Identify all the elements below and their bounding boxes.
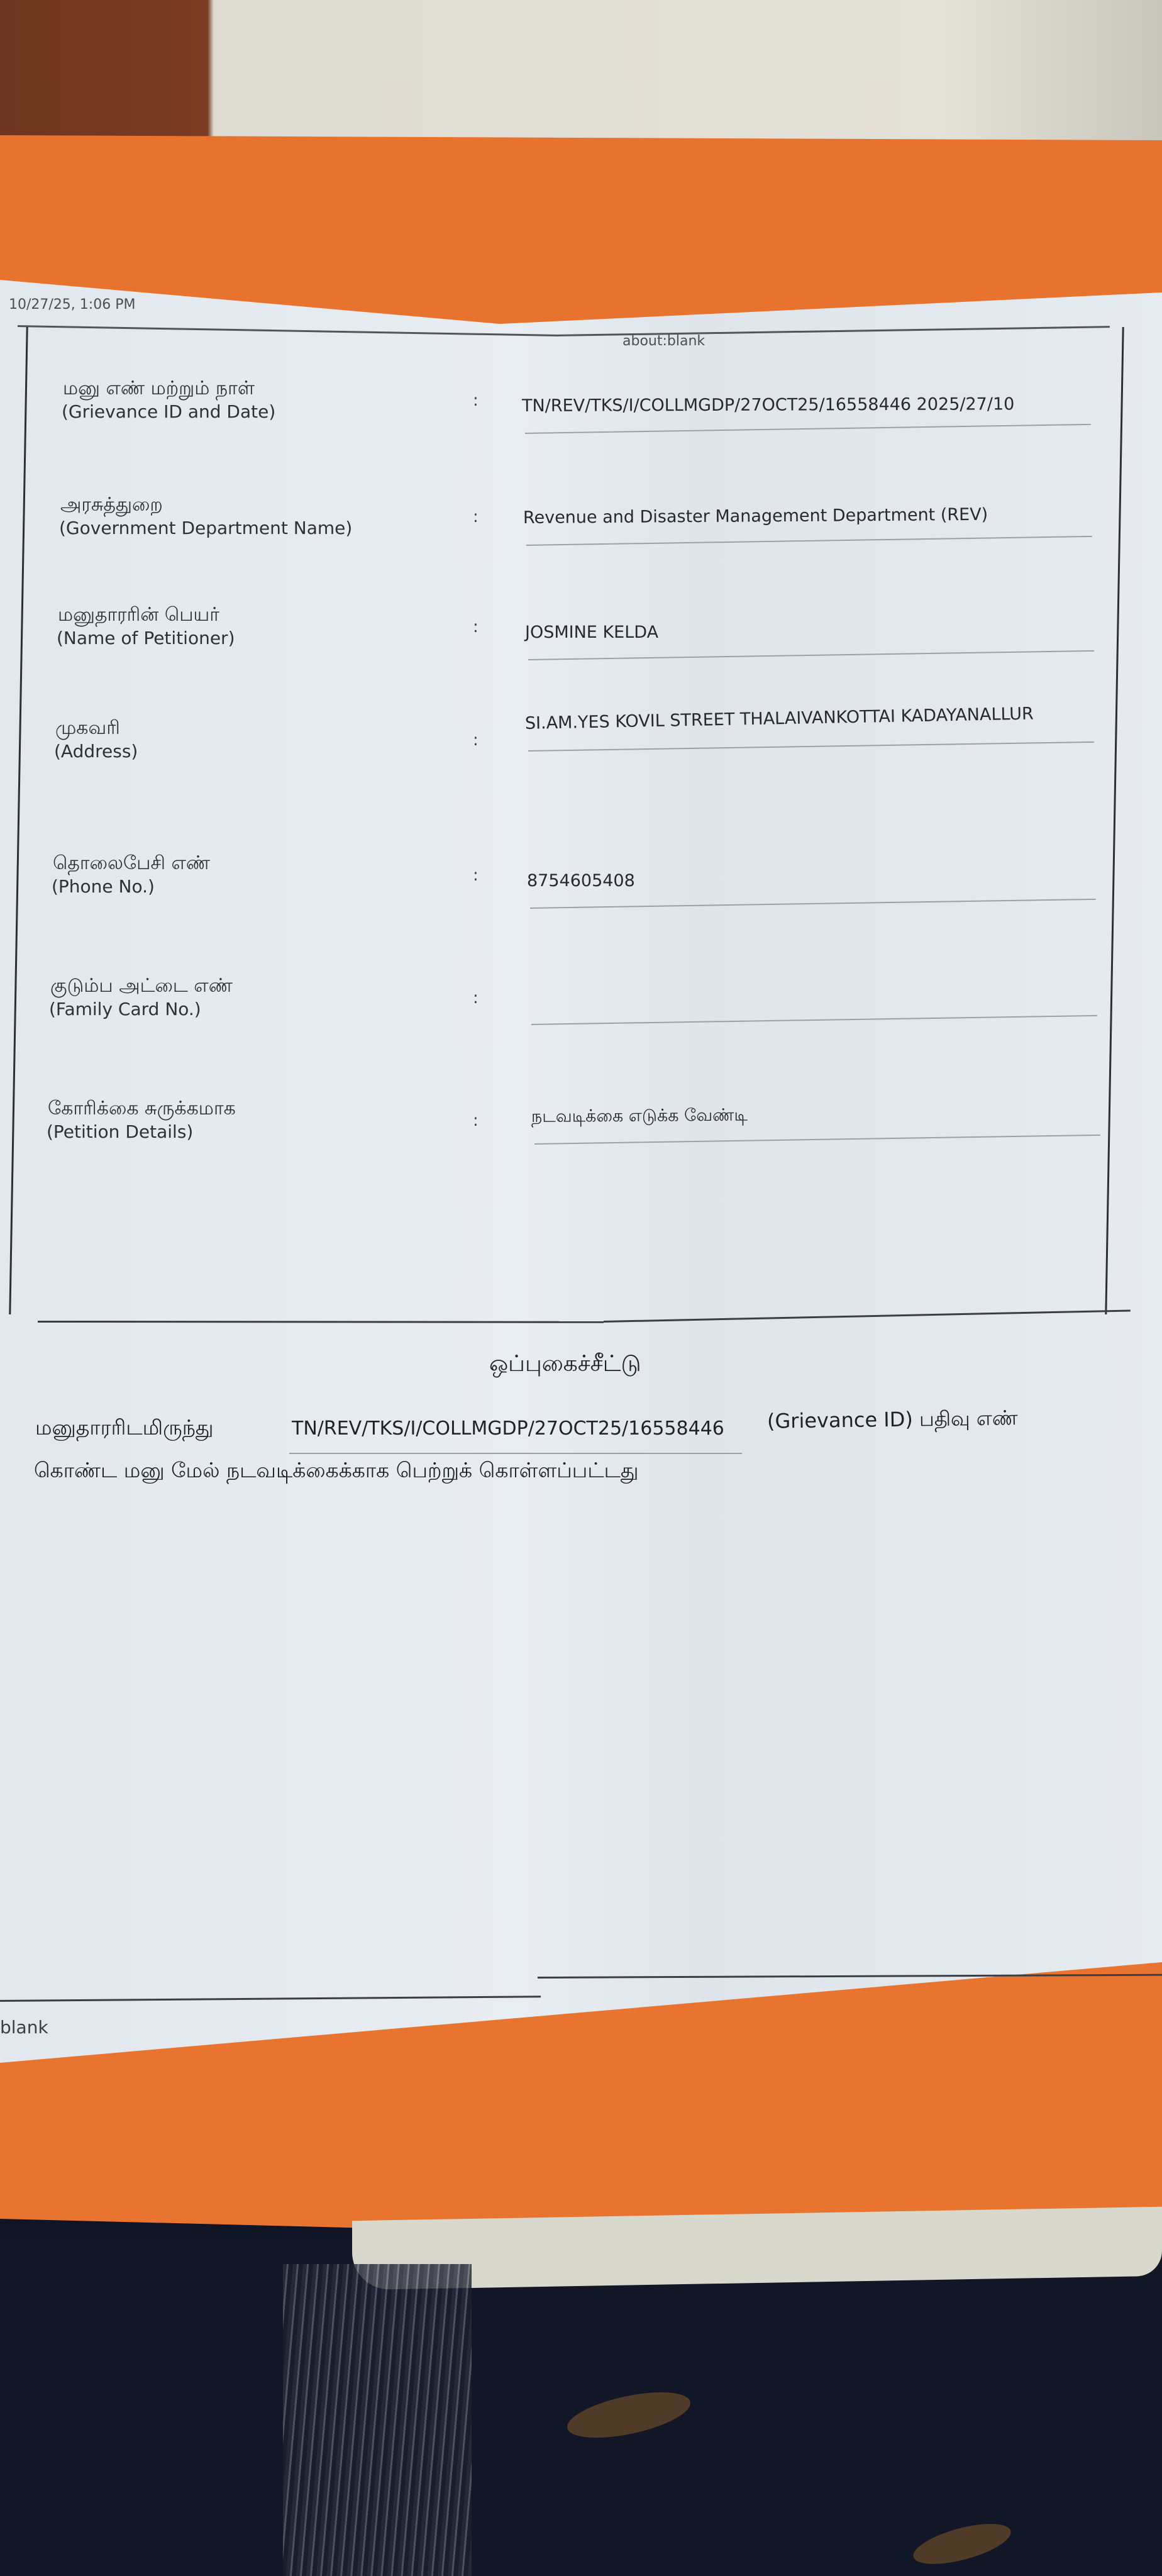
form-frame (9, 327, 1124, 1314)
receipt-id-underline (289, 1453, 742, 1454)
print-timestamp: 10/27/25, 1:06 PM (9, 297, 135, 313)
receipt-suffix: (Grievance ID) பதிவு எண் (767, 1406, 1018, 1436)
field-label-tamil: தொலைபேசி எண் (53, 852, 210, 877)
field-separator: : (473, 391, 479, 410)
field-label-tamil: கோரிக்கை சுருக்கமாக (48, 1097, 236, 1122)
field-separator: : (473, 989, 479, 1008)
field-separator: : (473, 866, 479, 885)
field-label-tamil: முகவரி (55, 717, 120, 741)
field-label-tamil: மனுதாரரின் பெயர் (58, 604, 219, 628)
field-value: நடவடிக்கை எடுக்க வேண்டி (531, 1106, 748, 1129)
field-label-english: (Name of Petitioner) (57, 628, 235, 648)
field-label-tamil: மனு எண் மற்றும் நாள் (63, 377, 255, 402)
field-label-english: (Family Card No.) (49, 999, 201, 1019)
field-separator: : (473, 1111, 479, 1130)
print-footer-url: blank (0, 2017, 48, 2038)
field-label-english: (Address) (54, 741, 138, 762)
receipt-grievance-id: TN/REV/TKS/I/COLLMGDP/27OCT25/16558446 (292, 1418, 724, 1440)
field-label-english: (Petition Details) (47, 1121, 193, 1142)
receipt-title: ஒப்புகைச்சீட்டு (489, 1351, 641, 1380)
field-value: JOSMINE KELDA (525, 623, 658, 642)
field-separator: : (473, 731, 479, 750)
field-separator: : (473, 508, 479, 526)
field-value: Revenue and Disaster Management Departme… (523, 505, 988, 528)
field-label-english: (Government Department Name) (59, 518, 352, 538)
field-label-english: (Phone No.) (52, 876, 155, 897)
light-cloth (352, 2207, 1162, 2290)
receipt-prefix: மனுதாரரிடமிருந்து (35, 1415, 214, 1443)
field-label-tamil: அரசுத்துறை (60, 494, 163, 518)
cloth-fringe (283, 2264, 472, 2576)
field-label-english: (Grievance ID and Date) (62, 401, 275, 422)
field-separator: : (473, 618, 479, 636)
field-value: 8754605408 (527, 871, 635, 891)
receipt-acknowledgement: கொண்ட மனு மேல் நடவடிக்கைக்காக பெற்றுக் க… (34, 1458, 639, 1485)
field-label-tamil: குடும்ப அட்டை எண் (50, 975, 233, 999)
field-value: TN/REV/TKS/I/COLLMGDP/27OCT25/16558446 2… (522, 394, 1014, 416)
